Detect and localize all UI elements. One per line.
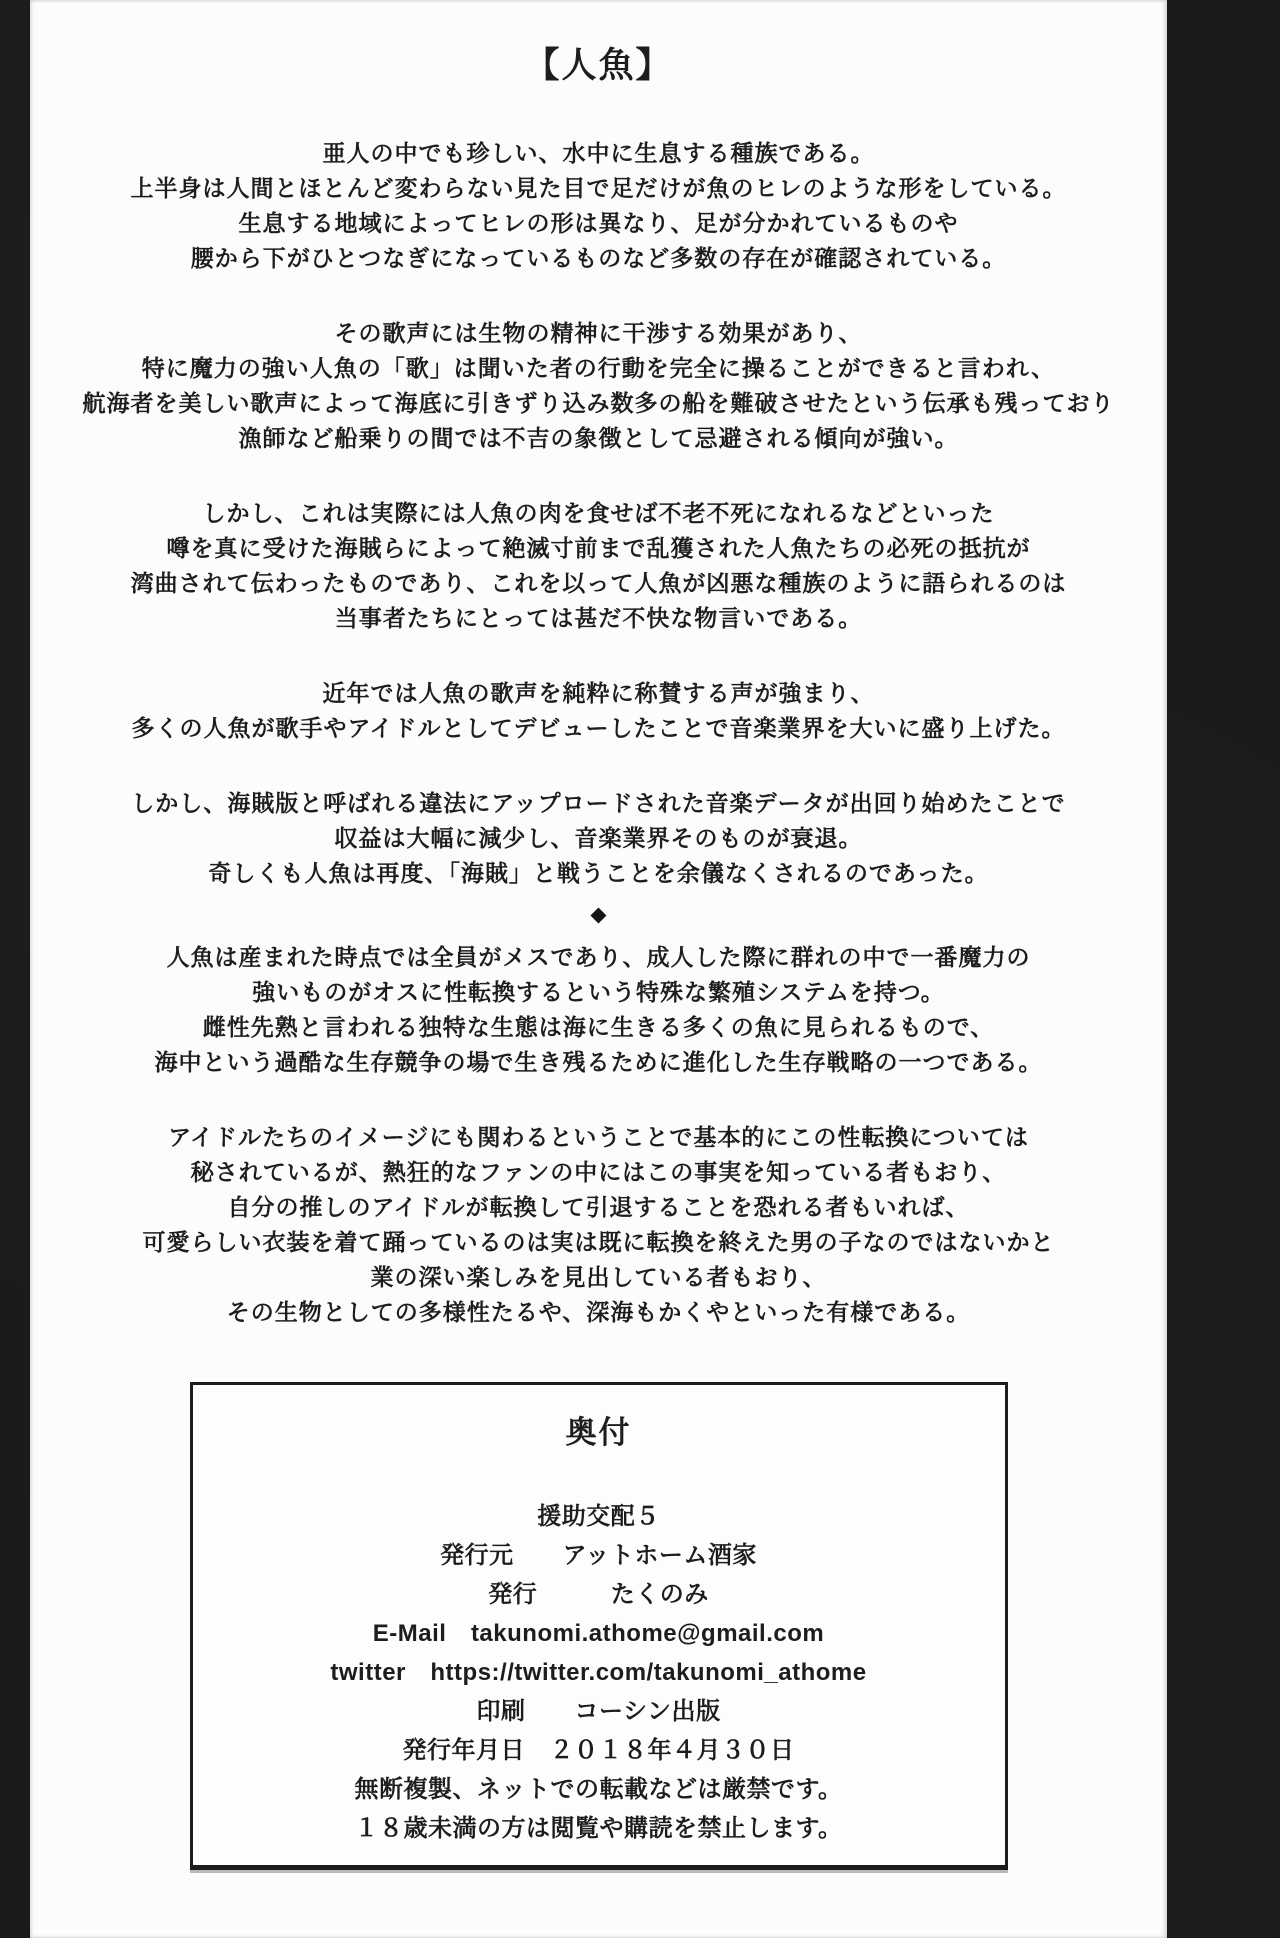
- colophon-line: 発行年月日 ２０１８年４月３０日: [203, 1731, 995, 1770]
- paragraph: その歌声には生物の精神に干渉する効果があり、特に魔力の強い人魚の「歌」は聞いた者…: [30, 316, 1167, 456]
- text-line: その歌声には生物の精神に干渉する効果があり、: [30, 316, 1167, 351]
- paragraph: しかし、海賊版と呼ばれる違法にアップロードされた音楽データが出回り始めたことで収…: [30, 786, 1167, 891]
- text-line: 漁師など船乗りの間では不吉の象徴として忌避される傾向が強い。: [30, 421, 1167, 456]
- text-line: 噂を真に受けた海賊らによって絶滅寸前まで乱獲された人魚たちの必死の抵抗が: [30, 531, 1167, 566]
- text-line: 自分の推しのアイドルが転換して引退することを恐れる者もいれば、: [30, 1190, 1167, 1225]
- colophon-line: 援助交配５: [203, 1497, 995, 1536]
- colophon-line: E-Mail takunomi.athome@gmail.com: [203, 1614, 995, 1653]
- page-content: 【人魚】 亜人の中でも珍しい、水中に生息する種族である。上半身は人間とほとんど変…: [30, 0, 1167, 1870]
- text-line: 生息する地域によってヒレの形は異なり、足が分かれているものや: [30, 206, 1167, 241]
- text-line: 強いものがオスに性転換するという特殊な繁殖システムを持つ。: [30, 975, 1167, 1010]
- colophon-line: twitter https://twitter.com/takunomi_ath…: [203, 1653, 995, 1692]
- text-line: 航海者を美しい歌声によって海底に引きずり込み数多の船を難破させたという伝承も残っ…: [30, 386, 1167, 421]
- colophon-line: 印刷 コーシン出版: [203, 1692, 995, 1731]
- colophon-box: 奥付 援助交配５発行元 アットホーム酒家発行 たくのみE-Mail takuno…: [190, 1382, 1008, 1870]
- page-title: 【人魚】: [30, 44, 1167, 88]
- colophon-line: 発行元 アットホーム酒家: [203, 1536, 995, 1575]
- text-line: 雌性先熟と言われる独特な生態は海に生きる多くの魚に見られるもので、: [30, 1010, 1167, 1045]
- colophon-line: 発行 たくのみ: [203, 1575, 995, 1614]
- body-text-bottom: 人魚は産まれた時点では全員がメスであり、成人した際に群れの中で一番魔力の強いもの…: [30, 940, 1167, 1330]
- text-line: 特に魔力の強い人魚の「歌」は聞いた者の行動を完全に操ることができると言われ、: [30, 351, 1167, 386]
- colophon-title: 奥付: [203, 1411, 995, 1455]
- text-line: 人魚は産まれた時点では全員がメスであり、成人した際に群れの中で一番魔力の: [30, 940, 1167, 975]
- colophon-line: １８歳未満の方は閲覧や購読を禁止します。: [203, 1809, 995, 1848]
- text-line: 上半身は人間とほとんど変わらない見た目で足だけが魚のヒレのような形をしている。: [30, 171, 1167, 206]
- colophon-lines: 援助交配５発行元 アットホーム酒家発行 たくのみE-Mail takunomi.…: [203, 1497, 995, 1848]
- scanned-book-page: 【人魚】 亜人の中でも珍しい、水中に生息する種族である。上半身は人間とほとんど変…: [0, 0, 1280, 1938]
- text-line: 当事者たちにとっては甚だ不快な物言いである。: [30, 601, 1167, 636]
- text-line: 秘されているが、熱狂的なファンの中にはこの事実を知っている者もおり、: [30, 1155, 1167, 1190]
- text-line: 奇しくも人魚は再度、「海賊」と戦うことを余儀なくされるのであった。: [30, 856, 1167, 891]
- diamond-divider: ◆: [30, 897, 1167, 932]
- paper-area: 【人魚】 亜人の中でも珍しい、水中に生息する種族である。上半身は人間とほとんど変…: [30, 0, 1167, 1938]
- paragraph: アイドルたちのイメージにも関わるということで基本的にこの性転換については秘されて…: [30, 1120, 1167, 1330]
- paragraph: 近年では人魚の歌声を純粋に称賛する声が強まり、多くの人魚が歌手やアイドルとしてデ…: [30, 676, 1167, 746]
- text-line: 海中という過酷な生存競争の場で生き残るために進化した生存戦略の一つである。: [30, 1045, 1167, 1080]
- text-line: しかし、海賊版と呼ばれる違法にアップロードされた音楽データが出回り始めたことで: [30, 786, 1167, 821]
- text-line: その生物としての多様性たるや、深海もかくやといった有様である。: [30, 1295, 1167, 1330]
- text-line: しかし、これは実際には人魚の肉を食せば不老不死になれるなどといった: [30, 496, 1167, 531]
- text-line: 収益は大幅に減少し、音楽業界そのものが衰退。: [30, 821, 1167, 856]
- text-line: 可愛らしい衣装を着て踊っているのは実は既に転換を終えた男の子なのではないかと: [30, 1225, 1167, 1260]
- text-line: 腰から下がひとつなぎになっているものなど多数の存在が確認されている。: [30, 241, 1167, 276]
- text-line: 亜人の中でも珍しい、水中に生息する種族である。: [30, 136, 1167, 171]
- paragraph: 亜人の中でも珍しい、水中に生息する種族である。上半身は人間とほとんど変わらない見…: [30, 136, 1167, 276]
- text-line: 近年では人魚の歌声を純粋に称賛する声が強まり、: [30, 676, 1167, 711]
- body-text-top: 亜人の中でも珍しい、水中に生息する種族である。上半身は人間とほとんど変わらない見…: [30, 136, 1167, 891]
- colophon-line: 無断複製、ネットでの転載などは厳禁です。: [203, 1770, 995, 1809]
- text-line: 湾曲されて伝わったものであり、これを以って人魚が凶悪な種族のように語られるのは: [30, 566, 1167, 601]
- text-line: 多くの人魚が歌手やアイドルとしてデビューしたことで音楽業界を大いに盛り上げた。: [30, 711, 1167, 746]
- paragraph: 人魚は産まれた時点では全員がメスであり、成人した際に群れの中で一番魔力の強いもの…: [30, 940, 1167, 1080]
- text-line: アイドルたちのイメージにも関わるということで基本的にこの性転換については: [30, 1120, 1167, 1155]
- text-line: 業の深い楽しみを見出している者もおり、: [30, 1260, 1167, 1295]
- paragraph: しかし、これは実際には人魚の肉を食せば不老不死になれるなどといった噂を真に受けた…: [30, 496, 1167, 636]
